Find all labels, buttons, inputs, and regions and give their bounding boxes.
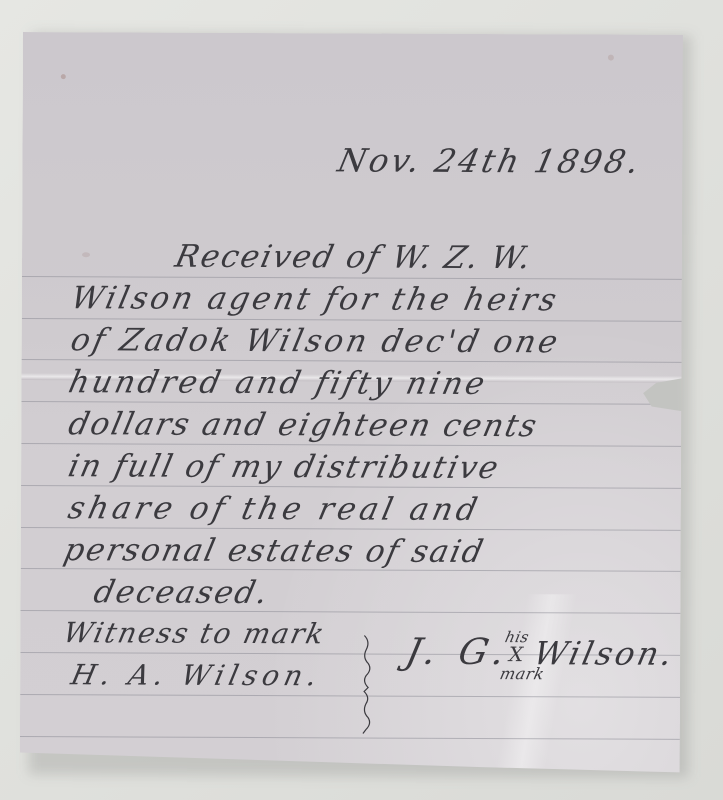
- receipt-date: Nov. 24th 1898.: [334, 141, 645, 180]
- signature-initials: J. G.: [402, 632, 514, 673]
- witness-label: Witness to mark: [60, 616, 328, 650]
- stain: [61, 74, 66, 79]
- body-line-8: personal estates of said: [61, 532, 489, 570]
- body-line-7: share of the real and: [65, 490, 485, 528]
- ruled-line: [20, 694, 680, 698]
- stain: [82, 252, 90, 257]
- ruled-line: [22, 318, 682, 322]
- ruled-line: [20, 610, 680, 614]
- body-line-1: Received of W. Z. W.: [172, 239, 536, 277]
- body-line-6: in full of my distributive: [65, 448, 503, 486]
- paper-crease: [493, 594, 577, 777]
- body-line-5: dollars and eighteen cents: [65, 406, 541, 444]
- witness-name: H. A. Wilson.: [68, 658, 325, 692]
- ruled-line: [22, 359, 682, 363]
- brace-icon: [360, 633, 374, 735]
- receipt-paper: Nov. 24th 1898. Received of W. Z. W. Wil…: [20, 32, 683, 777]
- body-line-4: hundred and fifty nine: [65, 364, 490, 402]
- body-line-9: deceased.: [90, 574, 272, 611]
- signature-surname: Wilson.: [530, 634, 679, 673]
- stain: [608, 55, 614, 61]
- body-line-3: of Zadok Wilson dec'd one: [68, 322, 564, 360]
- ruled-line: [20, 736, 680, 740]
- ruled-line: [21, 401, 681, 405]
- ruled-line: [21, 443, 681, 447]
- ruled-line: [22, 276, 682, 280]
- ruled-line: [21, 485, 681, 489]
- ruled-line: [21, 527, 681, 531]
- body-line-2: Wilson agent for the heirs: [68, 280, 563, 318]
